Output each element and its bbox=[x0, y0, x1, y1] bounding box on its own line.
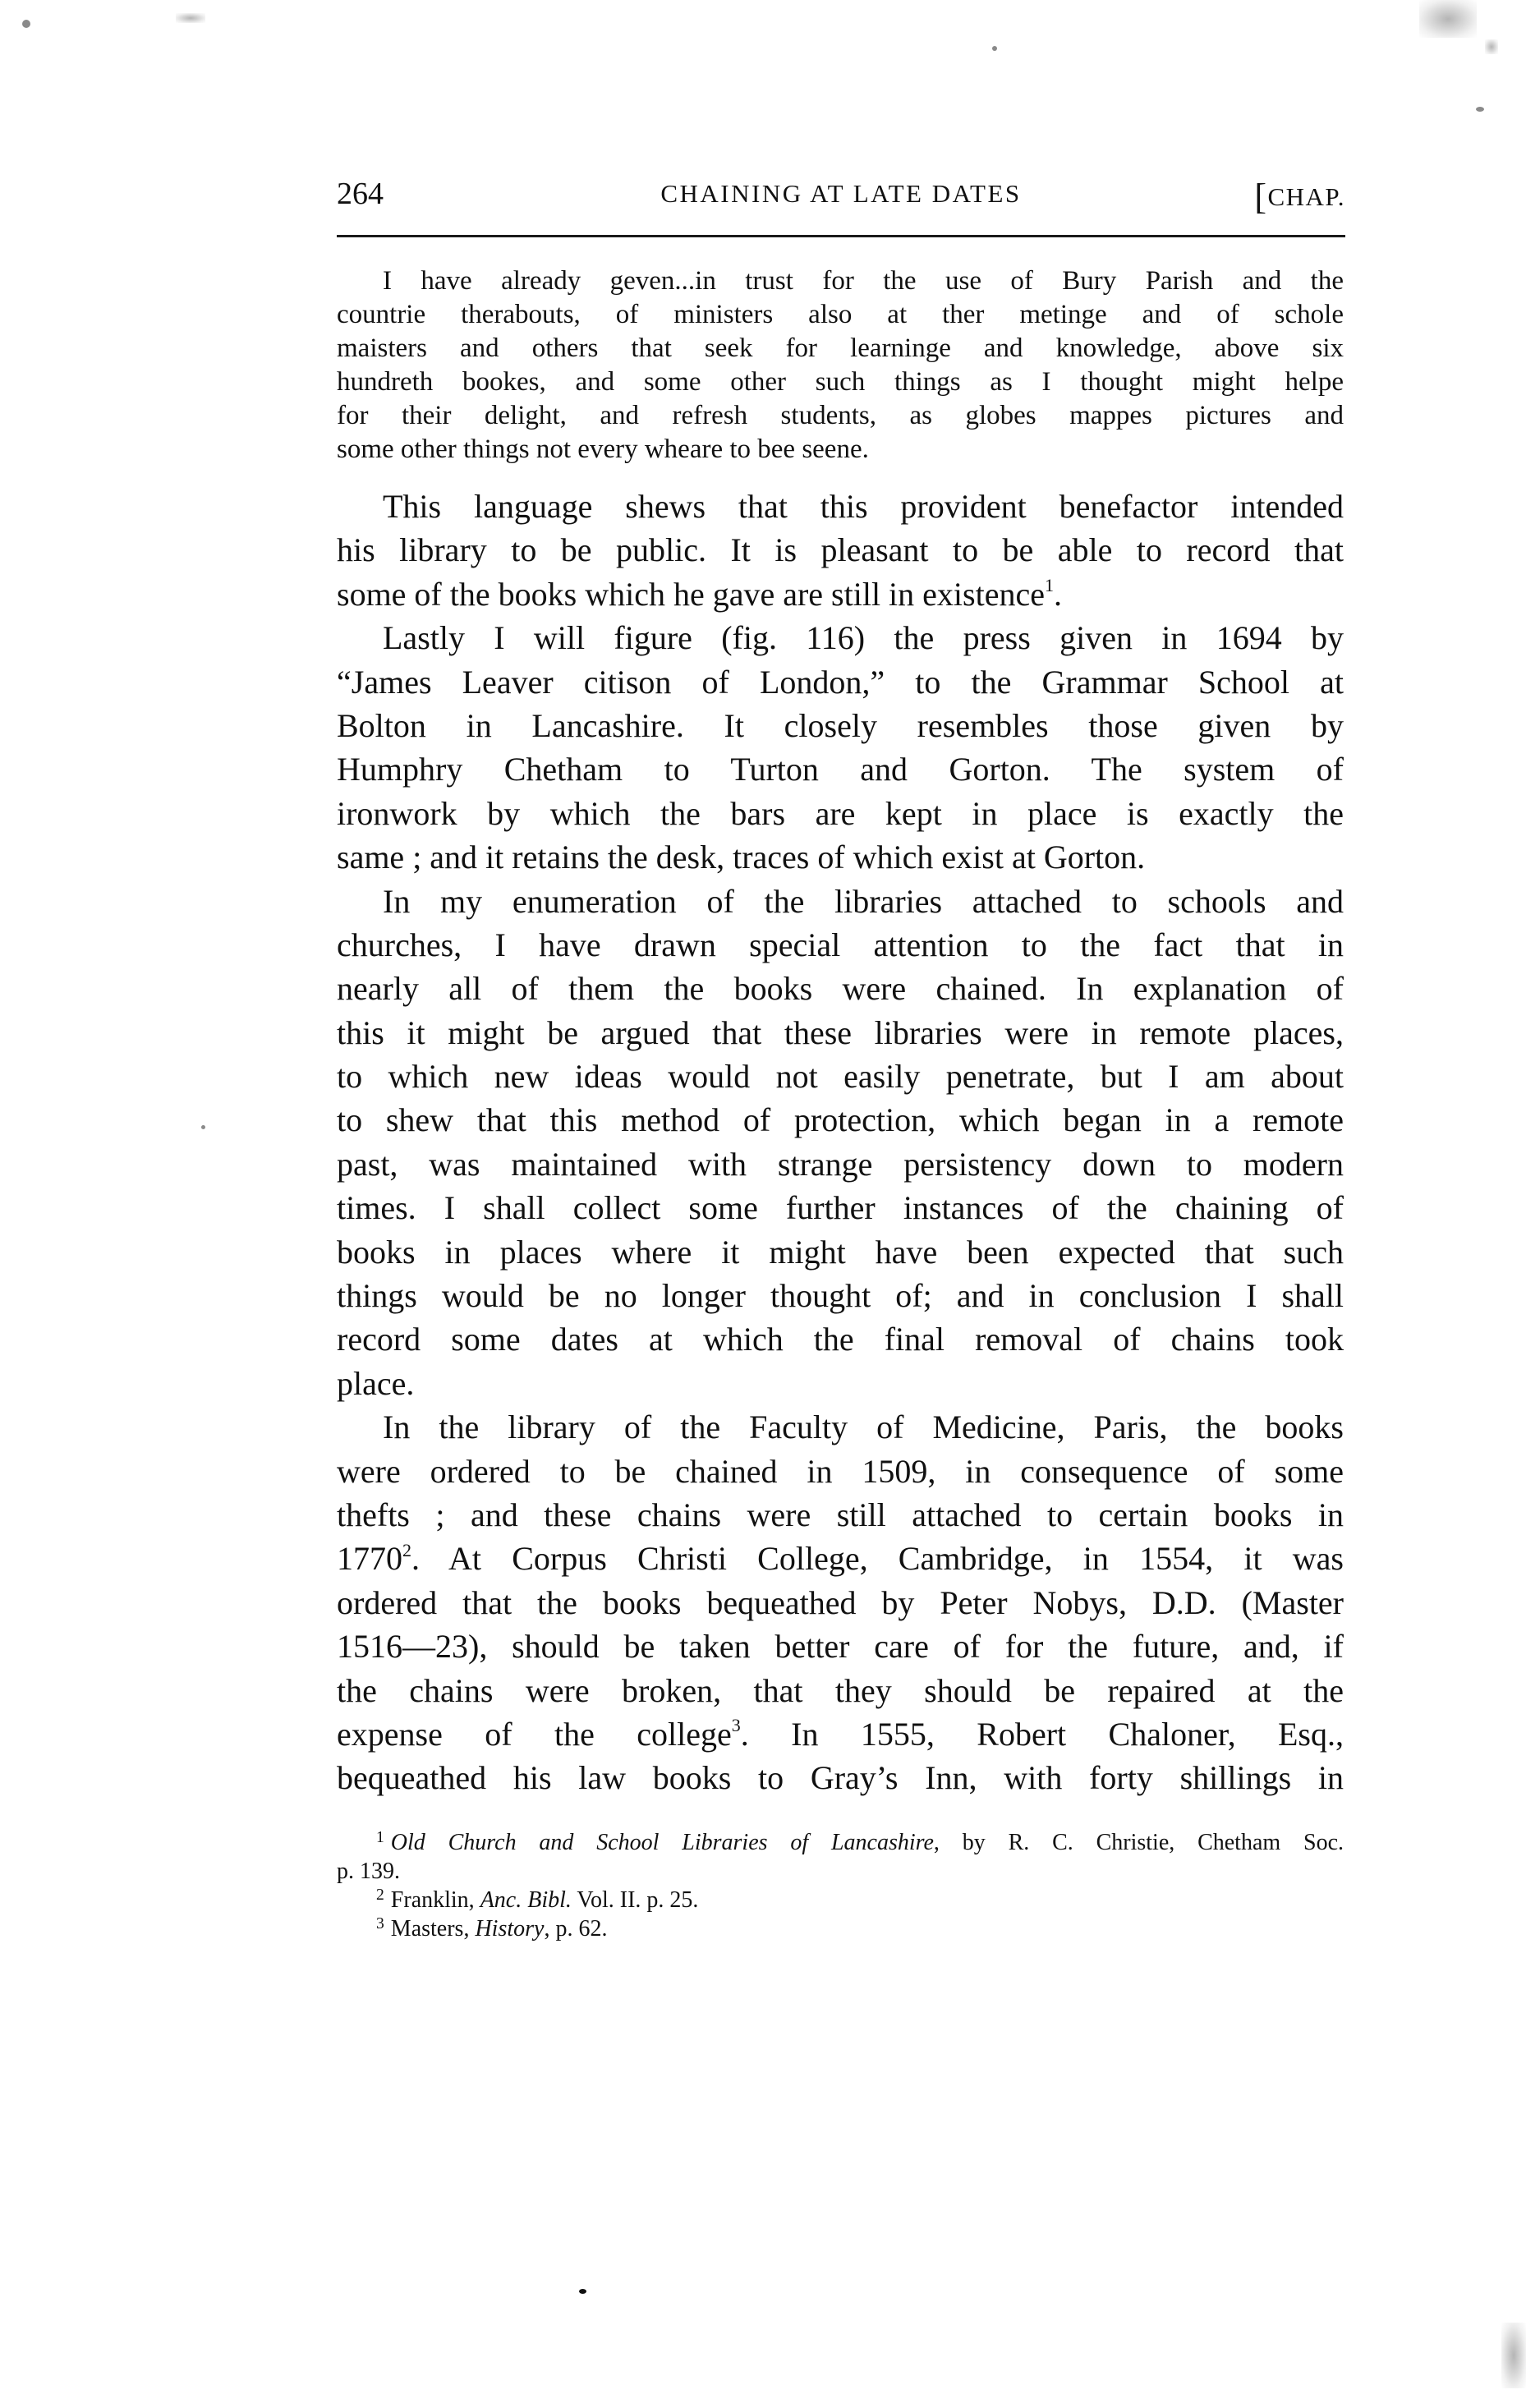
footnote-mark: 2 bbox=[376, 1886, 384, 1904]
body-line: churches, I have drawn special attention… bbox=[337, 923, 1344, 967]
block-quote: I have already geven...in trust for the … bbox=[337, 264, 1344, 466]
body-line: “James Leaver citison of London,” to the… bbox=[337, 660, 1344, 704]
quote-line: for their delight, and refresh students,… bbox=[337, 399, 1344, 433]
footnotes: 1Old Church and School Libraries of Lanc… bbox=[337, 1828, 1344, 1943]
footnote-1-continuation: p. 139. bbox=[337, 1857, 1344, 1886]
book-page: 264 CHAINING AT LATE DATES [CHAP. I have… bbox=[0, 0, 1526, 2408]
body-line-text: . At Corpus Christi College, Cambridge, … bbox=[411, 1540, 1344, 1577]
body-line: his library to be public. It is pleasant… bbox=[337, 528, 1344, 572]
chapter-bracket: [ bbox=[1254, 177, 1267, 217]
quote-line: countrie therabouts, of ministers also a… bbox=[337, 298, 1344, 332]
footnote-text: Vol. II. p. 25. bbox=[572, 1887, 699, 1913]
body-text: This language shews that this provident … bbox=[337, 485, 1344, 1800]
scan-smudge-top-right bbox=[1419, 0, 1477, 38]
body-line-text: expense of the college bbox=[337, 1716, 732, 1753]
body-line: times. I shall collect some further inst… bbox=[337, 1186, 1344, 1229]
body-line: 17702. At Corpus Christi College, Cambri… bbox=[337, 1537, 1344, 1580]
scan-speck-left-margin bbox=[201, 1125, 205, 1129]
body-line: some of the books which he gave are stil… bbox=[337, 572, 1344, 616]
chapter-label: CHAP. bbox=[1267, 182, 1345, 211]
body-line: things would be no longer thought of; an… bbox=[337, 1274, 1344, 1317]
body-line-text: 1770 bbox=[337, 1540, 402, 1577]
scan-smudge-top-right-2 bbox=[1485, 39, 1498, 54]
footnote-1: 1Old Church and School Libraries of Lanc… bbox=[337, 1828, 1344, 1857]
body-line-text: some of the books which he gave are stil… bbox=[337, 576, 1045, 613]
body-line: 1516—23), should be taken better care of… bbox=[337, 1624, 1344, 1668]
header-rule bbox=[337, 235, 1345, 237]
body-line: In the library of the Faculty of Medicin… bbox=[337, 1405, 1344, 1449]
body-line: Bolton in Lancashire. It closely resembl… bbox=[337, 704, 1344, 747]
body-line: Lastly I will figure (fig. 116) the pres… bbox=[337, 616, 1344, 659]
footnote-ref-2[interactable]: 2 bbox=[402, 1540, 411, 1560]
scan-smudge-bottom-right bbox=[1501, 2323, 1526, 2388]
body-line: ordered that the books bequeathed by Pet… bbox=[337, 1581, 1344, 1624]
body-line: record some dates at which the final rem… bbox=[337, 1317, 1344, 1361]
body-line: were ordered to be chained in 1509, in c… bbox=[337, 1450, 1344, 1493]
body-line: the chains were broken, that they should… bbox=[337, 1669, 1344, 1712]
quote-line: I have already geven...in trust for the … bbox=[337, 264, 1344, 298]
quote-line: maisters and others that seek for learni… bbox=[337, 332, 1344, 365]
running-title: CHAINING AT LATE DATES bbox=[337, 171, 1345, 217]
body-line-text: . bbox=[1054, 576, 1062, 613]
body-line: this it might be argued that these libra… bbox=[337, 1011, 1344, 1055]
body-line: ironwork by which the bars are kept in p… bbox=[337, 792, 1344, 835]
body-line: to which new ideas would not easily pene… bbox=[337, 1055, 1344, 1098]
footnote-2: 2Franklin, Anc. Bibl. Vol. II. p. 25. bbox=[337, 1886, 1344, 1914]
footnote-title: Anc. Bibl. bbox=[480, 1887, 572, 1913]
body-line: books in places where it might have been… bbox=[337, 1230, 1344, 1274]
body-line: bequeathed his law books to Gray’s Inn, … bbox=[337, 1756, 1344, 1799]
footnote-mark: 3 bbox=[376, 1915, 384, 1932]
footnote-ref-1[interactable]: 1 bbox=[1045, 575, 1054, 595]
body-line: to shew that this method of protection, … bbox=[337, 1098, 1344, 1142]
footnote-title: Old Church and School Libraries of Lanca… bbox=[391, 1830, 934, 1855]
body-line: nearly all of them the books were chaine… bbox=[337, 967, 1344, 1010]
body-line: place. bbox=[337, 1362, 1344, 1405]
body-line: thefts ; and these chains were still att… bbox=[337, 1493, 1344, 1537]
scan-speck-top-left bbox=[22, 20, 30, 28]
footnote-3: 3Masters, History, p. 62. bbox=[337, 1914, 1344, 1943]
scan-speck-right bbox=[1476, 107, 1484, 112]
scan-speck-top-center bbox=[992, 46, 997, 51]
body-line: expense of the college3. In 1555, Robert… bbox=[337, 1712, 1344, 1756]
body-line: past, was maintained with strange persis… bbox=[337, 1142, 1344, 1186]
body-line-text: . In 1555, Robert Chaloner, Esq., bbox=[741, 1716, 1344, 1753]
running-head: 264 CHAINING AT LATE DATES [CHAP. bbox=[337, 171, 1345, 217]
body-line: same ; and it retains the desk, traces o… bbox=[337, 835, 1344, 879]
quote-line: some other things not every wheare to be… bbox=[337, 433, 1344, 466]
quote-line: hundreth bookes, and some other such thi… bbox=[337, 365, 1344, 399]
chapter-mark: [CHAP. bbox=[1254, 171, 1345, 220]
footnote-text: , by R. C. Christie, Chetham Soc. bbox=[934, 1830, 1344, 1855]
footnote-title: History bbox=[475, 1916, 544, 1942]
footnote-author: Franklin, bbox=[391, 1887, 480, 1913]
scan-speck-bottom bbox=[579, 2289, 586, 2294]
body-line: Humphry Chetham to Turton and Gorton. Th… bbox=[337, 747, 1344, 791]
footnote-ref-3[interactable]: 3 bbox=[732, 1715, 741, 1735]
body-line: In my enumeration of the libraries attac… bbox=[337, 880, 1344, 923]
footnote-author: Masters, bbox=[391, 1916, 476, 1942]
body-line: This language shews that this provident … bbox=[337, 485, 1344, 528]
footnote-mark: 1 bbox=[376, 1829, 384, 1846]
scan-smudge-top bbox=[176, 13, 205, 23]
footnote-text: , p. 62. bbox=[544, 1916, 607, 1942]
